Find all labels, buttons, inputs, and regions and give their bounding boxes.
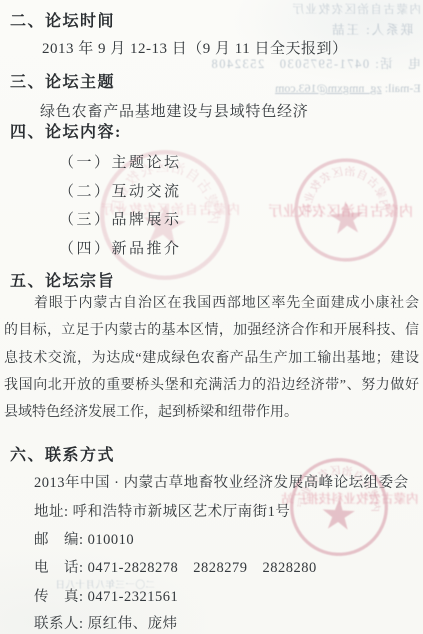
forum-content-item: （三）品牌展示 xyxy=(59,208,182,229)
red-seal-stamp-icon: 内蒙古自治区农牧业厅 ★ xyxy=(284,148,408,272)
forum-purpose-line: 县域特色经济发展工作，起到桥梁和纽带作用。 xyxy=(4,404,419,421)
contact-address-line: 地址: 呼和浩特市新城区艺术厅南街1号 xyxy=(34,500,290,521)
section-heading-contact-info: 六、联系方式 xyxy=(10,442,115,465)
forum-content-item: （二）互动交流 xyxy=(59,180,182,201)
bleedthrough-email-address: zg_nmgxm@163.com xyxy=(275,81,382,95)
forum-purpose-line: 着眼于内蒙古自治区在我国西部地区率先全面建成小康社会 xyxy=(4,295,419,312)
red-seal-stamp-icon: 内蒙古自治区农牧业厅 ★ xyxy=(281,449,397,565)
seal-star-icon: ★ xyxy=(319,492,359,540)
seal-star-icon: ★ xyxy=(325,193,368,245)
contact-fax-line: 传 真: 0471-2321561 xyxy=(34,585,178,606)
section-heading-forum-content: 四、论坛内容: xyxy=(10,119,122,142)
contact-person-line: 联系人: 原红伟、庞炜 xyxy=(34,612,178,633)
bleedthrough-contact-line: 联系人: 王喆 xyxy=(330,20,413,38)
forum-purpose-line: 我国向北开放的重要桥头堡和充满活力的沿边经济带”、努力做好 xyxy=(4,377,419,394)
forum-purpose-line: 的目标，立足于内蒙古的基本区情，加强经济合作和开展科技、信 xyxy=(4,322,419,339)
scanned-document-page: 内蒙古自治区农牧业厅 联系人: 王喆 电 话: 0471-5975030 253… xyxy=(0,0,423,634)
forum-purpose-line: 息技术交流，为达成“建成绿色农畜产品生产加工输出基地；建设 xyxy=(4,350,419,367)
contact-committee-name: 2013年中国 · 内蒙古草地畜牧业经济发展高峰论坛组委会 xyxy=(34,471,409,492)
bleedthrough-email-line: E-mail: zg_nmgxm@163.com xyxy=(275,81,421,96)
bleedthrough-header-text: 内蒙古自治区农牧业厅 xyxy=(291,1,421,17)
section-heading-forum-time: 二、论坛时间 xyxy=(10,8,115,31)
bleedthrough-email-label: E-mail: xyxy=(382,81,421,95)
forum-content-item: （一）主题论坛 xyxy=(59,151,182,172)
forum-theme-value: 绿色农畜产品基地建设与县域特色经济 xyxy=(40,100,309,121)
section-heading-forum-theme: 三、论坛主题 xyxy=(10,69,115,92)
forum-time-value: 2013 年 9 月 12-13 日（9 月 11 日全天报到） xyxy=(42,37,347,58)
section-heading-forum-purpose: 五、论坛宗旨 xyxy=(10,268,115,291)
forum-content-item: （四）新品推介 xyxy=(59,237,182,258)
contact-postcode-line: 邮 编: 010010 xyxy=(34,528,134,549)
contact-phone-line: 电 话: 0471-2828278 2828279 2828280 xyxy=(34,556,317,577)
